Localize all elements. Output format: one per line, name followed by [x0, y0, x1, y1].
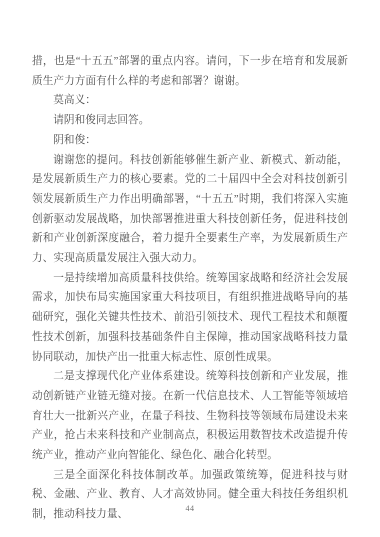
page-content: 措，也是“十五五”部署的重点内容。请问，下一步在培育和发展新质生产力方面有什么样… — [32, 52, 348, 525]
paragraph-speaker-yin-hejun: 阴和俊： — [32, 131, 348, 151]
paragraph-point-two: 二是支撑现代化产业体系建设。统筹科技创新和产业发展，推动创新链产业链无缝对接。在… — [32, 367, 348, 466]
paragraph-moderator-line: 请阴和俊同志回答。 — [32, 111, 348, 131]
page-number: 44 — [0, 504, 380, 513]
paragraph-point-three: 三是全面深化科技体制改革。加强政策统筹，促进科技与财税、金融、产业、教育、人才高… — [32, 466, 348, 525]
paragraph-answer-intro: 谢谢您的提问。科技创新能够催生新产业、新模式、新动能，是发展新质生产力的核心要素… — [32, 151, 348, 269]
paragraph-speaker-mo-gaoyi: 莫高义： — [32, 91, 348, 111]
document-page: 措，也是“十五五”部署的重点内容。请问，下一步在培育和发展新质生产力方面有什么样… — [0, 0, 380, 537]
paragraph-continuation: 措，也是“十五五”部署的重点内容。请问，下一步在培育和发展新质生产力方面有什么样… — [32, 52, 348, 91]
paragraph-point-one: 一是持续增加高质量科技供给。统筹国家战略和经济社会发展需求，加快布局实施国家重大… — [32, 269, 348, 368]
